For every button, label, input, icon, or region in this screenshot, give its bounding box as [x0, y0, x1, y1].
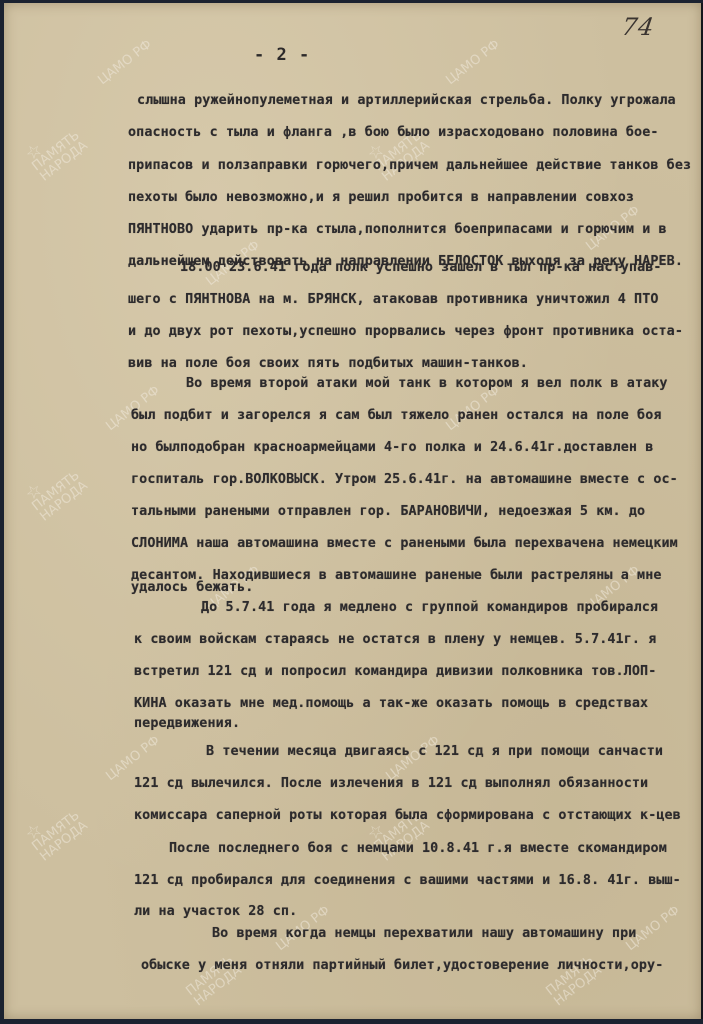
- text-line: СЛОНИМА наша автомашина вместе с раненым…: [131, 536, 678, 552]
- watermark-project: ☆ ПАМЯТЬ НАРОДА: [22, 119, 90, 184]
- star-icon: ☆: [24, 459, 74, 502]
- star-icon: ☆: [24, 799, 74, 842]
- watermark-project: ☆ ПАМЯТЬ НАРОДА: [22, 459, 90, 524]
- text-line: тальными ранеными отправлен гор. БАРАНОВ…: [131, 504, 645, 520]
- text-line: 121 сд пробирался для соединения с вашим…: [134, 873, 681, 889]
- text-line: ли на участок 28 сп.: [134, 904, 297, 920]
- text-line: 121 сд вылечился. После излечения в 121 …: [134, 776, 648, 792]
- text-line: пехоты было невозможно,и я решил пробитс…: [128, 190, 634, 206]
- text-line: встретил 121 сд и попросил командира див…: [134, 664, 656, 680]
- text-line: вив на поле боя своих пять подбитых маши…: [128, 356, 528, 372]
- star-icon: ☆: [24, 119, 74, 162]
- text-line: удалось бежать.: [131, 580, 253, 596]
- text-line: Во время когда немцы перехватили нашу ав…: [212, 926, 636, 942]
- folio-number: 74: [620, 13, 656, 41]
- text-line: шего с ПЯНТНОВА на м. БРЯНСК, атаковав п…: [128, 292, 659, 308]
- text-line: После последнего боя с немцами 10.8.41 г…: [169, 841, 667, 857]
- text-line: Во время второй атаки мой танк в котором…: [186, 376, 668, 392]
- text-line: 18.00 23.6.41 года полк успешно зашел в …: [180, 260, 662, 276]
- page-number: - 2 -: [254, 45, 310, 65]
- document-page: 74 - 2 - ЦАМО РФ ЦАМО РФ ☆ ПАМЯТЬ НАРОДА…: [4, 3, 703, 1019]
- text-line: госпиталь гор.ВОЛКОВЫСК. Утром 25.6.41г.…: [131, 472, 678, 488]
- watermark-project: ☆ ПАМЯТЬ НАРОДА: [22, 799, 90, 864]
- text-line: припасов и ползаправки горючего,причем д…: [128, 158, 691, 174]
- text-line: КИНА оказать мне мед.помощь а так-же ока…: [134, 696, 648, 712]
- text-line: слышна ружейнопулеметная и артиллерийска…: [137, 93, 676, 109]
- watermark-archive: ЦАМО РФ: [96, 38, 154, 87]
- text-line: ПЯНТНОВО ударить пр-ка стыла,пополнится …: [128, 222, 667, 238]
- text-line: но былподобран красноармейцами 4-го полк…: [131, 440, 653, 456]
- text-line: До 5.7.41 года я медлено с группой коман…: [201, 600, 658, 616]
- text-line: был подбит и загорелся я сам был тяжело …: [131, 408, 662, 424]
- text-line: В течении месяца двигаясь с 121 сд я при…: [206, 744, 663, 760]
- text-line: к своим войскам стараясь не остатся в пл…: [134, 632, 656, 648]
- text-line: комиссара саперной роты которая была сфо…: [134, 808, 681, 824]
- text-line: обыске у меня отняли партийный билет,удо…: [141, 958, 663, 974]
- text-line: и до двух рот пехоты,успешно прорвались …: [128, 324, 683, 340]
- watermark-archive: ЦАМО РФ: [444, 38, 502, 87]
- text-line: передвижения.: [134, 716, 240, 732]
- text-line: опасность с тыла и фланга ,в бою было из…: [128, 125, 659, 141]
